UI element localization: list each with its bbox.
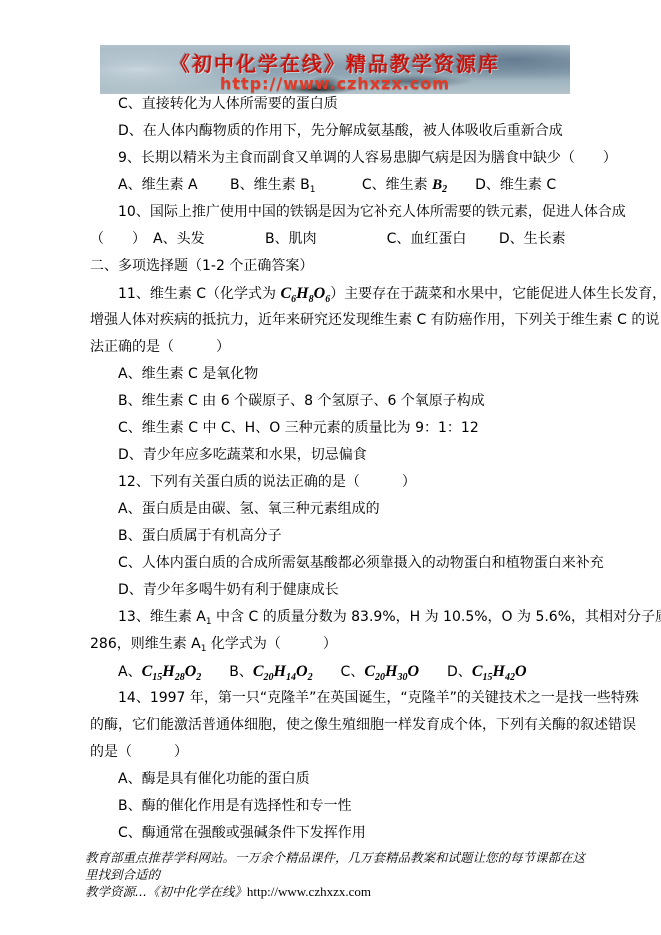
q14-option-a: A、酶是具有催化功能的蛋白质	[90, 766, 630, 793]
footer-line2-text: 教学资源...《初中化学在线》	[85, 884, 247, 899]
q13-options: A、C15H28O2 B、C20H14O2 C、C20H30O D、C15H42…	[90, 658, 630, 685]
footer-line1: 教育部重点推荐学科网站。一万余个精品课件，几万套精品教案和试题让您的每节课都在这…	[85, 850, 585, 882]
q14-option-c: C、酶通常在强酸或强碱条件下发挥作用	[90, 820, 630, 847]
q8-option-c: C、直接转化为人体所需要的蛋白质	[90, 91, 630, 118]
question-10: 10、国际上推广使用中国的铁锅是因为它补充人体所需要的铁元素，促进人体合成	[90, 199, 630, 226]
section-2-heading: 二、多项选择题（1-2 个正确答案）	[90, 253, 630, 280]
q12-option-d: D、青少年多喝牛奶有利于健康成长	[90, 577, 630, 604]
page-footer: 教育部重点推荐学科网站。一万余个精品课件，几万套精品教案和试题让您的每节课都在这…	[85, 849, 585, 900]
question-12: 12、下列有关蛋白质的说法正确的是（ ）	[90, 469, 630, 496]
question-14-line1: 14、1997 年，第一只“克隆羊”在英国诞生，“克隆羊”的关键技术之一是找一些…	[90, 685, 630, 712]
q9-options: A、维生素 A B、维生素 B1 C、维生素 B2 D、维生素 C	[90, 172, 630, 199]
question-11-line1: 11、维生素 C（化学式为 C6H8O6）主要存在于蔬菜和水果中，它能促进人体生…	[90, 280, 630, 307]
q11-option-c: C、维生素 C 中 C、H、O 三种元素的质量比为 9：1：12	[90, 415, 630, 442]
q12-option-a: A、蛋白质是由碳、氢、氧三种元素组成的	[90, 496, 630, 523]
question-14-line2: 的酶，它们能激活普通体细胞，使之像生殖细胞一样发育成个体，下列有关酶的叙述错误	[90, 712, 630, 739]
question-13-line1: 13、维生素 A1 中含 C 的质量分数为 83.9%，H 为 10.5%，O …	[90, 604, 630, 631]
q11-option-b: B、维生素 C 由 6 个碳原子、8 个氢原子、6 个氧原子构成	[90, 388, 630, 415]
q12-option-b: B、蛋白质属于有机高分子	[90, 523, 630, 550]
document-page: 《初中化学在线》精品教学资源库 http://www.czhxzx.com C、…	[0, 0, 661, 935]
q11-option-d: D、青少年应多吃蔬菜和水果，切忌偏食	[90, 442, 630, 469]
footer-url: http://www.czhxzx.com	[247, 884, 371, 899]
q12-option-c: C、人体内蛋白质的合成所需氨基酸都必须靠摄入的动物蛋白和植物蛋白来补充	[90, 550, 630, 577]
question-13-line2: 286，则维生素 A1 化学式为（ ）	[90, 631, 630, 658]
question-11-line3: 法正确的是（ ）	[90, 334, 630, 361]
q11-option-a: A、维生素 C 是氧化物	[90, 361, 630, 388]
q10-options: （ ） A、头发 B、肌肉 C、血红蛋白 D、生长素	[90, 226, 630, 253]
q14-option-b: B、酶的催化作用是有选择性和专一性	[90, 793, 630, 820]
banner-title: 《初中化学在线》精品教学资源库	[100, 48, 570, 77]
document-body: C、直接转化为人体所需要的蛋白质D、在人体内酶物质的作用下，先分解成氨基酸，被人…	[90, 91, 630, 847]
question-11-line2: 增强人体对疾病的抵抗力，近年来研究还发现维生素 C 有防癌作用，下列关于维生素 …	[90, 307, 630, 334]
q8-option-d: D、在人体内酶物质的作用下，先分解成氨基酸，被人体吸收后重新合成	[90, 118, 630, 145]
question-14-line3: 的是（ ）	[90, 739, 630, 766]
question-9: 9、长期以精米为主食而副食又单调的人容易患脚气病是因为膳食中缺少（ ）	[90, 145, 630, 172]
site-banner: 《初中化学在线》精品教学资源库 http://www.czhxzx.com	[100, 45, 570, 94]
